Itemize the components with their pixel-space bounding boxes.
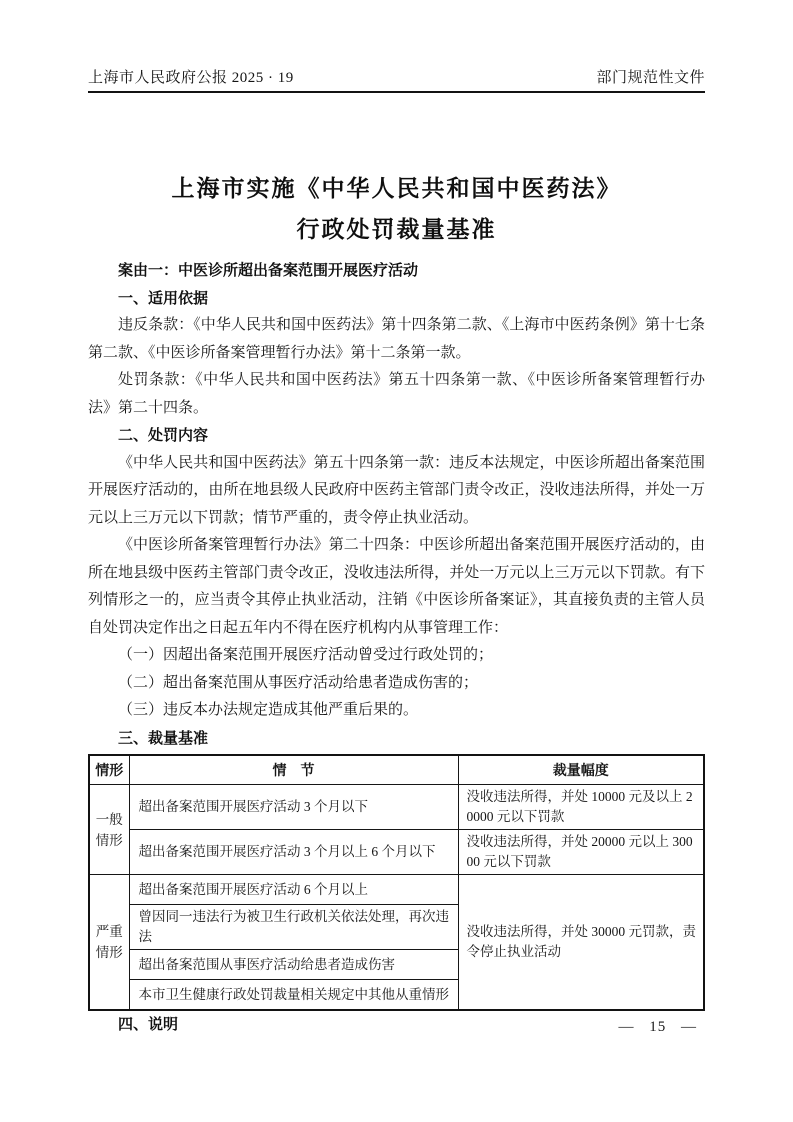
penalty-severe-cell: 没收违法所得，并处 30000 元罚款，责令停止执业活动 [458, 875, 704, 1011]
list-item-1: （一）因超出备案范围开展医疗活动曾受过行政处罚的； [88, 642, 705, 670]
document-body: 案由一：中医诊所超出备案范围开展医疗活动 一、适用依据 违反条款：《中华人民共和… [88, 257, 705, 1039]
law-article54-paragraph: 《中华人民共和国中医药法》第五十四条第一款：违反本法规定，中医诊所超出备案范围开… [88, 450, 705, 533]
scenario-severe-cell: 严重情形 [89, 875, 129, 1011]
penalty-cell: 没收违法所得，并处 10000 元及以上 20000 元以下罚款 [458, 785, 704, 830]
header-divider [88, 91, 705, 93]
circumstance-cell: 曾因同一违法行为被卫生行政机关依法处理，再次违法 [129, 905, 458, 950]
col-header-circumstance: 情 节 [129, 755, 458, 785]
list-item-2: （二）超出备案范围从事医疗活动给患者造成伤害的； [88, 670, 705, 698]
penalty-clauses-paragraph: 处罚条款：《中华人民共和国中医药法》第五十四条第一款、《中医诊所备案管理暂行办法… [88, 367, 705, 422]
discretion-basis-table: 情形 情 节 裁量幅度 一般情形 超出备案范围开展医疗活动 3 个月以下 没收违… [88, 754, 705, 1011]
table-header-row: 情形 情 节 裁量幅度 [89, 755, 704, 785]
col-header-range: 裁量幅度 [458, 755, 704, 785]
section1-heading: 一、适用依据 [88, 285, 705, 313]
document-title-line1: 上海市实施《中华人民共和国中医药法》 [0, 168, 793, 209]
violated-clauses-paragraph: 违反条款：《中华人民共和国中医药法》第十四条第二款、《上海市中医药条例》第十七条… [88, 312, 705, 367]
gazette-page: 上海市人民政府公报 2025 · 19 部门规范性文件 上海市实施《中华人民共和… [0, 0, 793, 1122]
list-item-3: （三）违反本办法规定造成其他严重后果的。 [88, 697, 705, 725]
section4-heading: 四、说明 [88, 1011, 705, 1039]
section3-heading: 三、裁量基准 [88, 725, 705, 753]
document-title-line2: 行政处罚裁量基准 [0, 209, 793, 250]
scenario-general-cell: 一般情形 [89, 785, 129, 875]
penalty-cell: 没收违法所得，并处 20000 元以上 30000 元以下罚款 [458, 830, 704, 875]
table-row: 超出备案范围开展医疗活动 3 个月以上 6 个月以下 没收违法所得，并处 200… [89, 830, 704, 875]
case-heading: 案由一：中医诊所超出备案范围开展医疗活动 [88, 257, 705, 285]
circumstance-cell: 超出备案范围开展医疗活动 3 个月以上 6 个月以下 [129, 830, 458, 875]
table-row: 严重情形 超出备案范围开展医疗活动 6 个月以上 没收违法所得，并处 30000… [89, 875, 704, 905]
table-row: 一般情形 超出备案范围开展医疗活动 3 个月以下 没收违法所得，并处 10000… [89, 785, 704, 830]
circumstance-cell: 超出备案范围开展医疗活动 3 个月以下 [129, 785, 458, 830]
circumstance-cell: 本市卫生健康行政处罚裁量相关规定中其他从重情形 [129, 980, 458, 1011]
header-publication-title: 上海市人民政府公报 2025 · 19 [88, 66, 294, 87]
page-number: — 15 — [619, 1019, 698, 1036]
col-header-scenario: 情形 [89, 755, 129, 785]
running-header: 上海市人民政府公报 2025 · 19 部门规范性文件 [88, 66, 705, 87]
measures-article24-paragraph: 《中医诊所备案管理暂行办法》第二十四条：中医诊所超出备案范围开展医疗活动的，由所… [88, 532, 705, 642]
circumstance-cell: 超出备案范围从事医疗活动给患者造成伤害 [129, 950, 458, 980]
header-document-category: 部门规范性文件 [596, 66, 705, 87]
section2-heading: 二、处罚内容 [88, 422, 705, 450]
document-title: 上海市实施《中华人民共和国中医药法》 行政处罚裁量基准 [0, 168, 793, 250]
circumstance-cell: 超出备案范围开展医疗活动 6 个月以上 [129, 875, 458, 905]
